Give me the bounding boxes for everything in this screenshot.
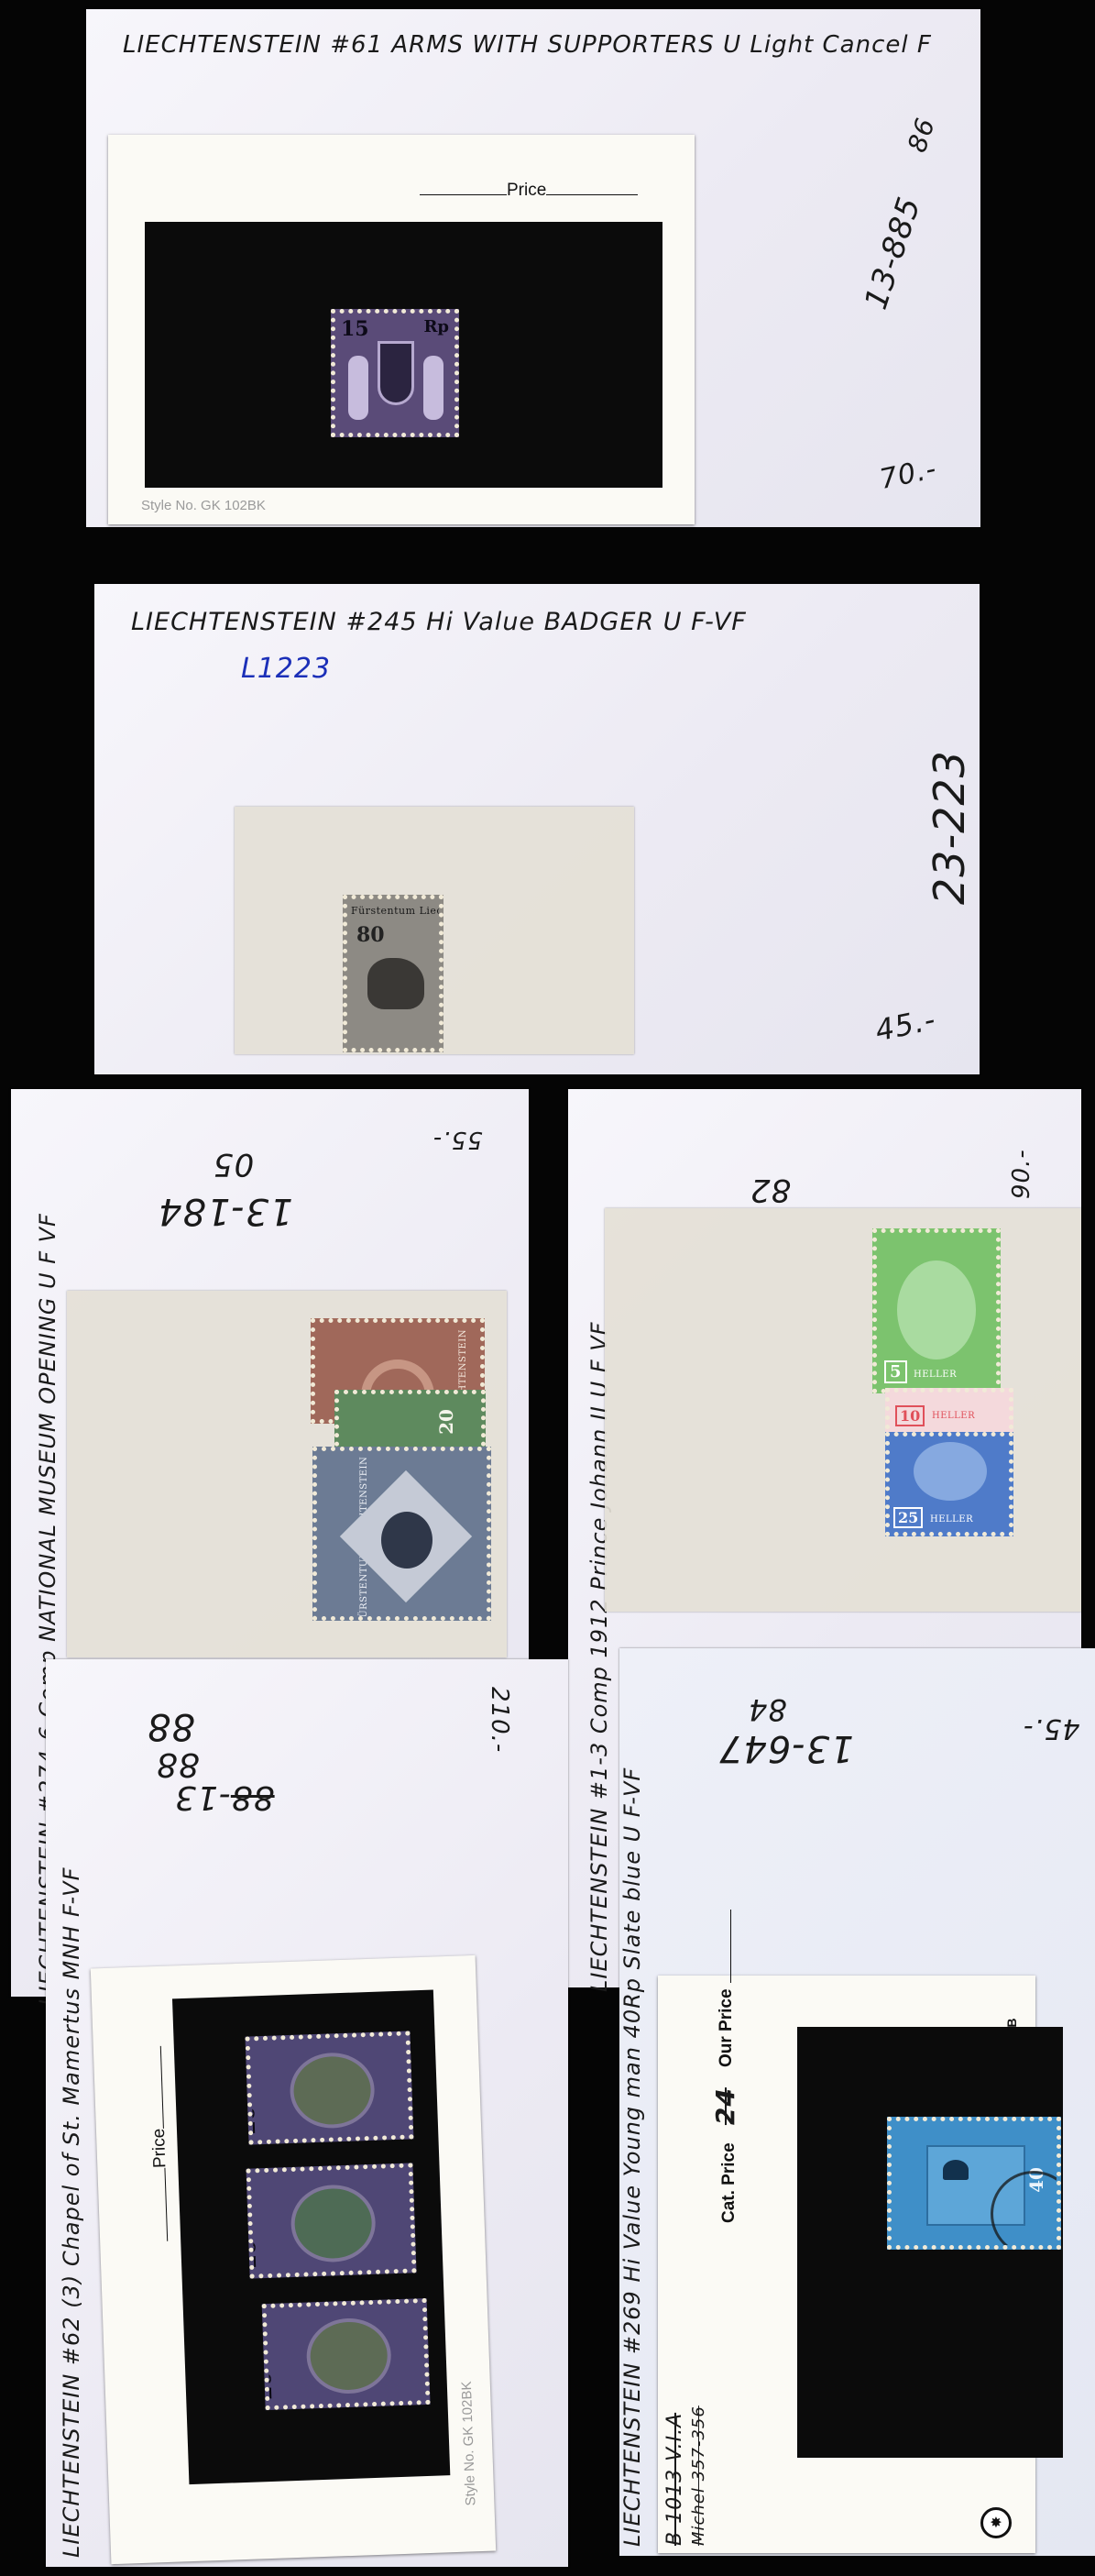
manufacturer-logo-icon: ✸ [980, 2507, 1012, 2538]
lot-price: 45.- [1023, 1712, 1080, 1745]
cat-price-field: Cat. Price 24 [717, 2087, 739, 2223]
lot-price: 70.- [877, 453, 939, 496]
stock-card-lot-61[interactable]: Price 15 Rp Style No. GK 102BK [108, 135, 695, 524]
stamp-johann-10h[interactable]: 10 HELLER [885, 1388, 1013, 1438]
chapel-vignette-icon [305, 2317, 392, 2394]
crossed-note-bpa: B 1013 V.I.A [663, 2413, 686, 2546]
catalog-reference-extra: 84 [748, 1692, 787, 1727]
chapel-vignette-icon [289, 2052, 376, 2130]
stamp-museum-1fr[interactable]: FÜRSTENTUM LIECHTENSTEIN [312, 1447, 491, 1621]
price-field: Price [147, 2045, 173, 2241]
coat-of-arms-icon [378, 341, 414, 405]
supporter-figure-right-icon [423, 356, 443, 420]
stamp-chapel-st-mamertus-3[interactable]: 20 FVERSTENTVM LIECHTENSTEIN [262, 2298, 431, 2410]
catalog-reference: 23-223 [925, 750, 974, 905]
stamp-badger[interactable]: Fürstentum Liechtenstein 80 [343, 895, 443, 1052]
badger-icon [367, 958, 424, 1009]
catalog-reference-extra: 05 [213, 1146, 254, 1183]
stamp-johann-5h[interactable]: 5 HELLER [872, 1228, 1001, 1393]
stock-card-lot-62[interactable]: Price 20 FVERSTENTVM LIECHTENSTEIN 20 FV… [91, 1955, 496, 2564]
catalog-reference-alt: 88 [156, 1745, 200, 1783]
hat-figure-icon [943, 2160, 969, 2180]
black-mount-strip: 40 [797, 2027, 1063, 2458]
stamp-chapel-st-mamertus-1[interactable]: 20 FVERSTENTVM LIECHTENSTEIN [245, 2031, 413, 2144]
black-mount-strip: 20 FVERSTENTVM LIECHTENSTEIN 20 FVERSTEN… [172, 1989, 450, 2484]
catalog-reference: 13-647 [718, 1727, 854, 1769]
black-mount-strip: 15 Rp [145, 222, 662, 488]
lot-price: 90.- [1008, 1149, 1035, 1199]
lot-description: LIECHTENSTEIN #62 (3) Chapel of St. Mame… [59, 1867, 84, 2558]
vessel-icon [381, 1512, 433, 1569]
crossed-note-michel: Michel 357-356 [689, 2405, 708, 2546]
inventory-code: L1223 [241, 653, 331, 685]
lot-description: LIECHTENSTEIN #269 Hi Value Young man 40… [619, 1767, 645, 2547]
glassine-sleeve-lot-274-6: LIECHTENSTEIN 20 FÜRSTENTUM LIECHTENSTEI… [67, 1291, 507, 1657]
glassine-sleeve-lot-1-3: 5 HELLER 10 HELLER 25 HELLER [605, 1208, 1081, 1612]
lot-price: 45.- [872, 1002, 939, 1049]
stamp-arms-with-supporters[interactable]: 15 Rp [331, 309, 459, 437]
stock-card-lot-269[interactable]: B 1013 V.I.A Michel 357-356 Cat. Price 2… [658, 1976, 1035, 2553]
catalog-reference: 13-885 [858, 193, 928, 314]
our-price-field: Our Price [717, 1910, 737, 2067]
lot-price: 55.- [433, 1126, 483, 1153]
lot-price: 210.- [486, 1687, 513, 1753]
glassine-sleeve-lot-245: Fürstentum Liechtenstein 80 [235, 807, 634, 1054]
catalog-reference-extra: 88 [147, 1705, 195, 1747]
lot-description: LIECHTENSTEIN #61 ARMS WITH SUPPORTERS U… [123, 31, 932, 59]
lot-description: LIECHTENSTEIN #245 Hi Value BADGER U F-V… [131, 608, 747, 636]
stamp-young-man[interactable]: 40 [887, 2117, 1061, 2250]
catalog-reference-extra: 86 [902, 114, 941, 156]
stamp-chapel-st-mamertus-2[interactable]: 20 FVERSTENTVM LIECHTENSTEIN [246, 2163, 417, 2278]
price-field: Price [420, 181, 638, 201]
card-style-number: Style No. GK 102BK [141, 498, 266, 513]
prince-portrait-icon [897, 1260, 976, 1360]
catalog-reference: 88-13 [174, 1778, 275, 1816]
catalog-reference: 13-184 [158, 1190, 293, 1232]
stamp-johann-25h[interactable]: 25 HELLER [885, 1432, 1013, 1536]
supporter-figure-left-icon [348, 356, 368, 420]
prince-portrait-icon [914, 1442, 987, 1501]
catalog-reference: 82 [750, 1172, 791, 1208]
chapel-vignette-icon [290, 2184, 377, 2263]
card-style-number: Style No. GK 102BK [459, 2381, 479, 2505]
